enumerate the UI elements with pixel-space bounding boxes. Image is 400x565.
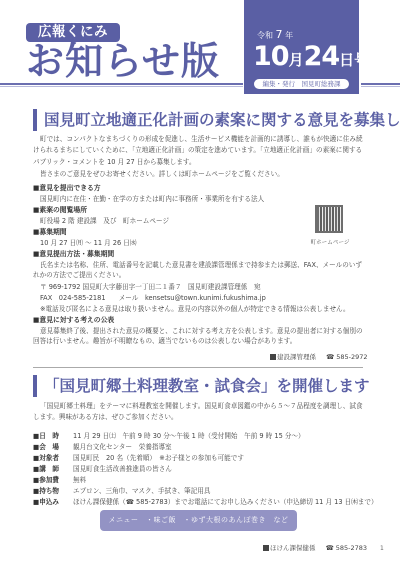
section-heading: ■募集期間 xyxy=(33,227,67,237)
section-heading: ■意見に対する考えの公表 xyxy=(33,315,114,325)
page-number: 1 xyxy=(380,545,384,552)
article1-intro2: 皆さまのご意見をぜひお寄せください。詳しくは町ホームページをご覧ください。 xyxy=(33,169,363,180)
publication-title: お知らせ版 xyxy=(26,40,220,82)
event-row: ■参加費無料 xyxy=(33,475,86,485)
masthead: 広報くにみ お知らせ版 令和 7 年 10月24日号 編集・発行 国見町総務課 xyxy=(0,0,400,95)
fax-email: FAX 024-585-2181 メール kensetsu@town.kunim… xyxy=(40,293,266,303)
row-key: ■対象者 xyxy=(33,453,73,463)
row-key: ■持ち物 xyxy=(33,486,73,496)
article1-contact: 建設課管理係 ☎ 585-2972 xyxy=(270,352,368,361)
qr-code[interactable] xyxy=(315,205,343,233)
qr-label: 町ホームページ xyxy=(306,238,354,246)
event-row: ■持ち物エプロン、三角巾、マスク、手拭き、筆記用具 xyxy=(33,486,210,496)
issue-month: 10 xyxy=(253,41,289,72)
row-value: 観月台文化センター 栄養指導室 xyxy=(73,443,172,451)
contact-square-icon xyxy=(270,354,276,360)
publisher-label: 編集・発行 国見町総務課 xyxy=(254,79,349,89)
section-body: 氏名または名称、住所、電話番号を記載した意見書を建設課管理係まで持参または郵送、… xyxy=(33,260,363,280)
contact-tel: ☎ 585-2783 xyxy=(326,544,367,552)
section-divider xyxy=(33,367,363,368)
row-value: 国見町食生活改善推進員の皆さん xyxy=(73,465,172,473)
article2-contact: ほけん課保健係 ☎ 585-2783 xyxy=(263,543,367,552)
row-key: ■講 師 xyxy=(33,464,73,474)
section-body: 意見募集終了後、提出された意見の概要と、これに対する考え方を公表します。意見の提… xyxy=(33,326,363,346)
row-value: 11 月 29 日㈯ 午前 9 時 30 分～午後 1 時（受付開始 午前 9 … xyxy=(73,432,305,440)
event-row: ■日 時11 月 29 日㈯ 午前 9 時 30 分～午後 1 時（受付開始 午… xyxy=(33,431,305,441)
row-key: ■参加費 xyxy=(33,475,73,485)
postal-address: 〒 969-1792 国見町大字藤田字一丁田二１番７ 国見町建設課管理係 宛 xyxy=(40,282,261,292)
header-rule-right xyxy=(361,83,400,85)
section-body: 10 月 27 日㈪ ～ 11 月 26 日㈬ xyxy=(40,238,137,248)
row-key: ■日 時 xyxy=(33,431,73,441)
day-suffix: 日号 xyxy=(339,51,369,69)
header-rule-thin xyxy=(0,86,243,87)
article1-headline: 国見町立地適正化計画の素案に関する意見を募集します xyxy=(33,109,400,131)
article1-intro: 町では、コンパクトなまちづくりの形成を促進し、生活サービス機能を計画的に誘導し、… xyxy=(33,134,363,168)
event-row: ■講 師国見町食生活改善推進員の皆さん xyxy=(33,464,172,474)
contact-square-icon xyxy=(263,545,269,551)
section-body: 国見町内に在住・在勤・在学の方または町内に事務所・事業所を有する法人 xyxy=(40,194,264,204)
era-label: 令和 xyxy=(257,31,273,40)
row-value: 無料 xyxy=(73,476,86,484)
notice-note: ※電話及び匿名による意見は取り扱いません。意見の内容以外の個人が特定できる情報は… xyxy=(40,304,350,314)
era-year-suffix: 年 xyxy=(285,31,293,40)
row-key: ■申込み xyxy=(33,497,73,507)
issue-date-box: 令和 7 年 10月24日号 編集・発行 国見町総務課 xyxy=(244,0,359,94)
header-rule xyxy=(0,83,243,85)
row-value: 国見町民 20 名（先着順） ※お子様との参加も可能です xyxy=(73,454,244,462)
section-heading: ■意見提出方法・募集期間 xyxy=(33,249,114,259)
header-rule-right-thin xyxy=(361,86,400,87)
month-suffix: 月 xyxy=(289,51,304,69)
event-row: ■会 場観月台文化センター 栄養指導室 xyxy=(33,442,172,452)
section-heading: ■意見を提出できる方 xyxy=(33,183,101,193)
contact-dept: ほけん課保健係 xyxy=(270,544,316,552)
section-heading: ■素案の閲覧場所 xyxy=(33,205,87,215)
article2-intro: 「国見町郷土料理」をテーマに料理教室を開催します。国見町食卓図鑑の中から５～７品… xyxy=(33,401,363,424)
issue-date: 10月24日号 xyxy=(253,40,369,77)
event-row: ■対象者国見町民 20 名（先着順） ※お子様との参加も可能です xyxy=(33,453,244,463)
row-value: エプロン、三角巾、マスク、手拭き、筆記用具 xyxy=(73,487,210,495)
section-body: 町役場 2 階 建設課 及び 町ホームページ xyxy=(40,216,169,226)
row-key: ■会 場 xyxy=(33,442,73,452)
issue-day: 24 xyxy=(304,41,340,72)
contact-dept: 建設課管理係 xyxy=(277,353,316,361)
menu-box: メニュー ・味ご飯 ・ゆず大根のあんぽ巻き など xyxy=(100,510,297,531)
article2-headline: 「国見町郷土料理教室・試食会」を開催します xyxy=(33,375,370,397)
row-value: ほけん課保健係（☎ 585-2783）までお電話にてお申し込みください（申込締切… xyxy=(73,498,378,506)
contact-tel: ☎ 585-2972 xyxy=(326,353,367,361)
event-row: ■申込みほけん課保健係（☎ 585-2783）までお電話にてお申し込みください（… xyxy=(33,497,378,507)
